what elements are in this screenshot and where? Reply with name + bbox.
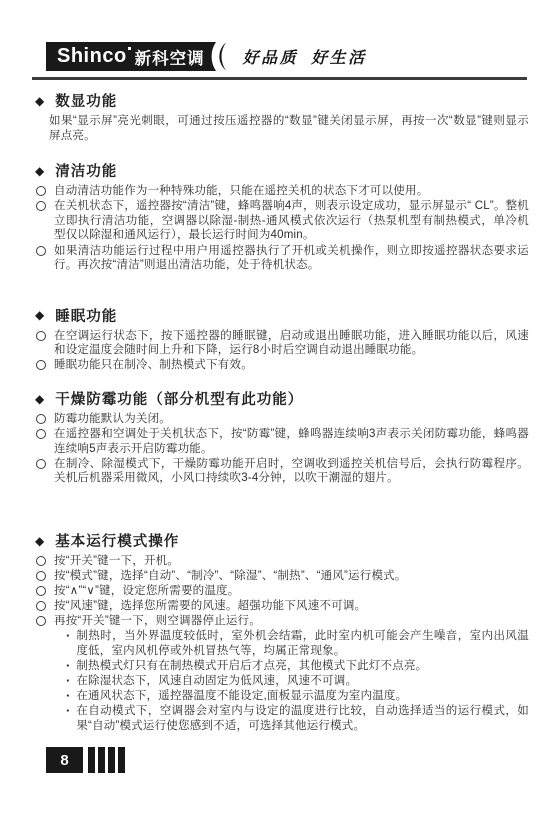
section-heading: ◆ 睡眠功能	[35, 305, 529, 326]
bullet-text: 自动清洁功能作为一种特殊功能，只能在遥控关机的状态下才可以使用。	[54, 184, 529, 199]
footer-bar-icon	[118, 747, 125, 773]
diamond-bullet-icon: ◆	[35, 308, 45, 322]
sub-note-item: · 在通风状态下，遥控器温度不能设定,面板显示温度为室内温度。	[66, 689, 529, 704]
diamond-bullet-icon: ◆	[35, 164, 45, 178]
brand-logo-chinese: 新科空调	[135, 45, 205, 69]
brand-logo-latin: Shinco	[57, 42, 127, 71]
sub-note-item: · 在除湿状态下，风速自动固定为低风速，风速不可调。	[66, 674, 529, 689]
sub-note-text: 在通风状态下，遥控器温度不能设定,面板显示温度为室内温度。	[76, 689, 529, 704]
circle-bullet-icon	[36, 414, 46, 424]
page-footer: 8	[46, 747, 128, 773]
section-title: 清洁功能	[55, 160, 117, 181]
circle-bullet-icon	[36, 331, 46, 341]
circle-bullet-icon	[36, 586, 46, 596]
sub-note-text: 制热模式灯只有在制热模式开启后才点亮，其他模式下此灯不点亮。	[76, 659, 529, 674]
bullet-text: 在空调运行状态下，按下遥控器的睡眠键，启动或退出睡眠功能，进入睡眠功能以后，风速…	[54, 329, 529, 358]
header-divider	[32, 77, 527, 80]
diamond-bullet-icon: ◆	[35, 534, 45, 548]
bullet-text: 按“风速”键，选择您所需要的风速。超强功能下风速不可调。	[54, 599, 529, 614]
bullet-item: 在制冷、除湿模式下，干燥防霉功能开启时，空调收到遥控关机信号后，会执行防霉程序。…	[35, 457, 529, 486]
page-content: ◆ 数显功能 如果“显示屏”亮光刺眼，可通过按压遥控器的“数显”键关闭显示屏，再…	[35, 90, 529, 734]
bullet-item: 再按“开关”键一下，则空调器停止运行。	[35, 614, 529, 629]
bullet-item: 睡眠功能只在制冷、制热模式下有效。	[35, 358, 529, 373]
bullet-text: 按“模式”键，选择“自动”、“制冷”、“除湿”、“制热”、“通风”运行模式。	[54, 569, 529, 584]
section-heading: ◆ 数显功能	[35, 90, 529, 111]
brand-logo-bar: Shinco 新科空调	[46, 42, 207, 71]
footer-bars-decoration	[88, 747, 128, 773]
manual-page: Shinco 新科空调 好品质 好生活 ◆ 数显功能 如果“显示屏”亮光刺眼，可…	[0, 0, 559, 816]
bullet-text: 防霉功能默认为关闭。	[54, 412, 529, 427]
section-sleep: ◆ 睡眠功能 在空调运行状态下，按下遥控器的睡眠键，启动或退出睡眠功能，进入睡眠…	[35, 305, 529, 373]
section-heading: ◆ 基本运行模式操作	[35, 530, 529, 551]
section-title: 干燥防霉功能（部分机型有此功能）	[55, 388, 303, 409]
bullet-item: 按“模式”键，选择“自动”、“制冷”、“除湿”、“制热”、“通风”运行模式。	[35, 569, 529, 584]
bullet-item: 按“开关”键一下，开机。	[35, 554, 529, 569]
bullet-text: 如果清洁功能运行过程中用户用遥控器执行了开机或关机操作，则立即按遥控器状态要求运…	[54, 244, 529, 273]
bullet-item: 自动清洁功能作为一种特殊功能，只能在遥控关机的状态下才可以使用。	[35, 184, 529, 199]
circle-bullet-icon	[36, 201, 46, 211]
bullet-text: 在制冷、除湿模式下，干燥防霉功能开启时，空调收到遥控关机信号后，会执行防霉程序。…	[54, 457, 529, 486]
circle-bullet-icon	[36, 429, 46, 439]
sub-note-text: 在除湿状态下，风速自动固定为低风速，风速不可调。	[76, 674, 529, 689]
bullet-text: 再按“开关”键一下，则空调器停止运行。	[54, 614, 529, 629]
dot-bullet-icon: ·	[66, 689, 70, 703]
bullet-text: 在遥控器和空调处于关机状态下，按“防霉”键，蜂鸣器连续响3声表示关闭防霉功能，蜂…	[54, 427, 529, 456]
section-heading: ◆ 清洁功能	[35, 160, 529, 181]
section-paragraph: 如果“显示屏”亮光刺眼，可通过按压遥控器的“数显”键关闭显示屏，再按一次“数显”…	[49, 114, 529, 143]
circle-bullet-icon	[36, 459, 46, 469]
sub-note-item: · 制热模式灯只有在制热模式开启后才点亮，其他模式下此灯不点亮。	[66, 659, 529, 674]
diamond-bullet-icon: ◆	[35, 392, 45, 406]
section-title: 基本运行模式操作	[55, 530, 179, 551]
section-title: 睡眠功能	[55, 305, 117, 326]
sub-note-item: · 制热时，当外界温度较低时，室外机会结霜，此时室内机可能会产生噪音，室内出风温…	[66, 629, 529, 658]
sub-note-item: · 在自动模式下，空调器会对室内与设定的温度进行比较，自动选择适当的运行模式，如…	[66, 704, 529, 733]
brand-header: Shinco 新科空调 好品质 好生活	[46, 42, 367, 71]
dot-bullet-icon: ·	[66, 629, 70, 643]
diamond-bullet-icon: ◆	[35, 94, 45, 108]
circle-bullet-icon	[36, 186, 46, 196]
brand-slogan: 好品质 好生活	[243, 45, 367, 68]
footer-bar-icon	[108, 747, 115, 773]
circle-bullet-icon	[36, 616, 46, 626]
section-digital-display: ◆ 数显功能 如果“显示屏”亮光刺眼，可通过按压遥控器的“数显”键关闭显示屏，再…	[35, 90, 529, 143]
footer-bar-icon	[98, 747, 105, 773]
bullet-item: 防霉功能默认为关闭。	[35, 412, 529, 427]
footer-bar-icon	[88, 747, 95, 773]
section-basic-operation: ◆ 基本运行模式操作 按“开关”键一下，开机。 按“模式”键，选择“自动”、“制…	[35, 530, 529, 734]
section-title: 数显功能	[55, 90, 117, 111]
section-heading: ◆ 干燥防霉功能（部分机型有此功能）	[35, 388, 529, 409]
bullet-text: 按“∧”“∨”键，设定您所需要的温度。	[54, 584, 529, 599]
bullet-item: 如果清洁功能运行过程中用户用遥控器执行了开机或关机操作，则立即按遥控器状态要求运…	[35, 244, 529, 273]
bullet-item: 在关机状态下，遥控器按“清洁”键，蜂鸣器响4声，则表示设定成功，显示屏显示“ C…	[35, 199, 529, 243]
page-number: 8	[46, 747, 83, 773]
bullet-item: 按“风速”键，选择您所需要的风速。超强功能下风速不可调。	[35, 599, 529, 614]
circle-bullet-icon	[36, 360, 46, 370]
crescent-decoration-icon	[207, 42, 237, 71]
dot-bullet-icon: ·	[66, 659, 70, 673]
bullet-text: 在关机状态下，遥控器按“清洁”键，蜂鸣器响4声，则表示设定成功，显示屏显示“ C…	[54, 199, 529, 243]
dot-bullet-icon: ·	[66, 674, 70, 688]
bullet-text: 按“开关”键一下，开机。	[54, 554, 529, 569]
trademark-dot-icon	[128, 47, 131, 50]
section-cleaning: ◆ 清洁功能 自动清洁功能作为一种特殊功能，只能在遥控关机的状态下才可以使用。 …	[35, 160, 529, 273]
sub-note-text: 在自动模式下，空调器会对室内与设定的温度进行比较，自动选择适当的运行模式，如果“…	[76, 704, 529, 733]
bullet-item: 在遥控器和空调处于关机状态下，按“防霉”键，蜂鸣器连续响3声表示关闭防霉功能，蜂…	[35, 427, 529, 456]
circle-bullet-icon	[36, 571, 46, 581]
dot-bullet-icon: ·	[66, 704, 70, 718]
bullet-item: 按“∧”“∨”键，设定您所需要的温度。	[35, 584, 529, 599]
circle-bullet-icon	[36, 246, 46, 256]
bullet-text: 睡眠功能只在制冷、制热模式下有效。	[54, 358, 529, 373]
bullet-item: 在空调运行状态下，按下遥控器的睡眠键，启动或退出睡眠功能，进入睡眠功能以后，风速…	[35, 329, 529, 358]
sub-note-text: 制热时，当外界温度较低时，室外机会结霜，此时室内机可能会产生噪音，室内出风温度低…	[76, 629, 529, 658]
circle-bullet-icon	[36, 601, 46, 611]
circle-bullet-icon	[36, 556, 46, 566]
section-dry-antimold: ◆ 干燥防霉功能（部分机型有此功能） 防霉功能默认为关闭。 在遥控器和空调处于关…	[35, 388, 529, 486]
